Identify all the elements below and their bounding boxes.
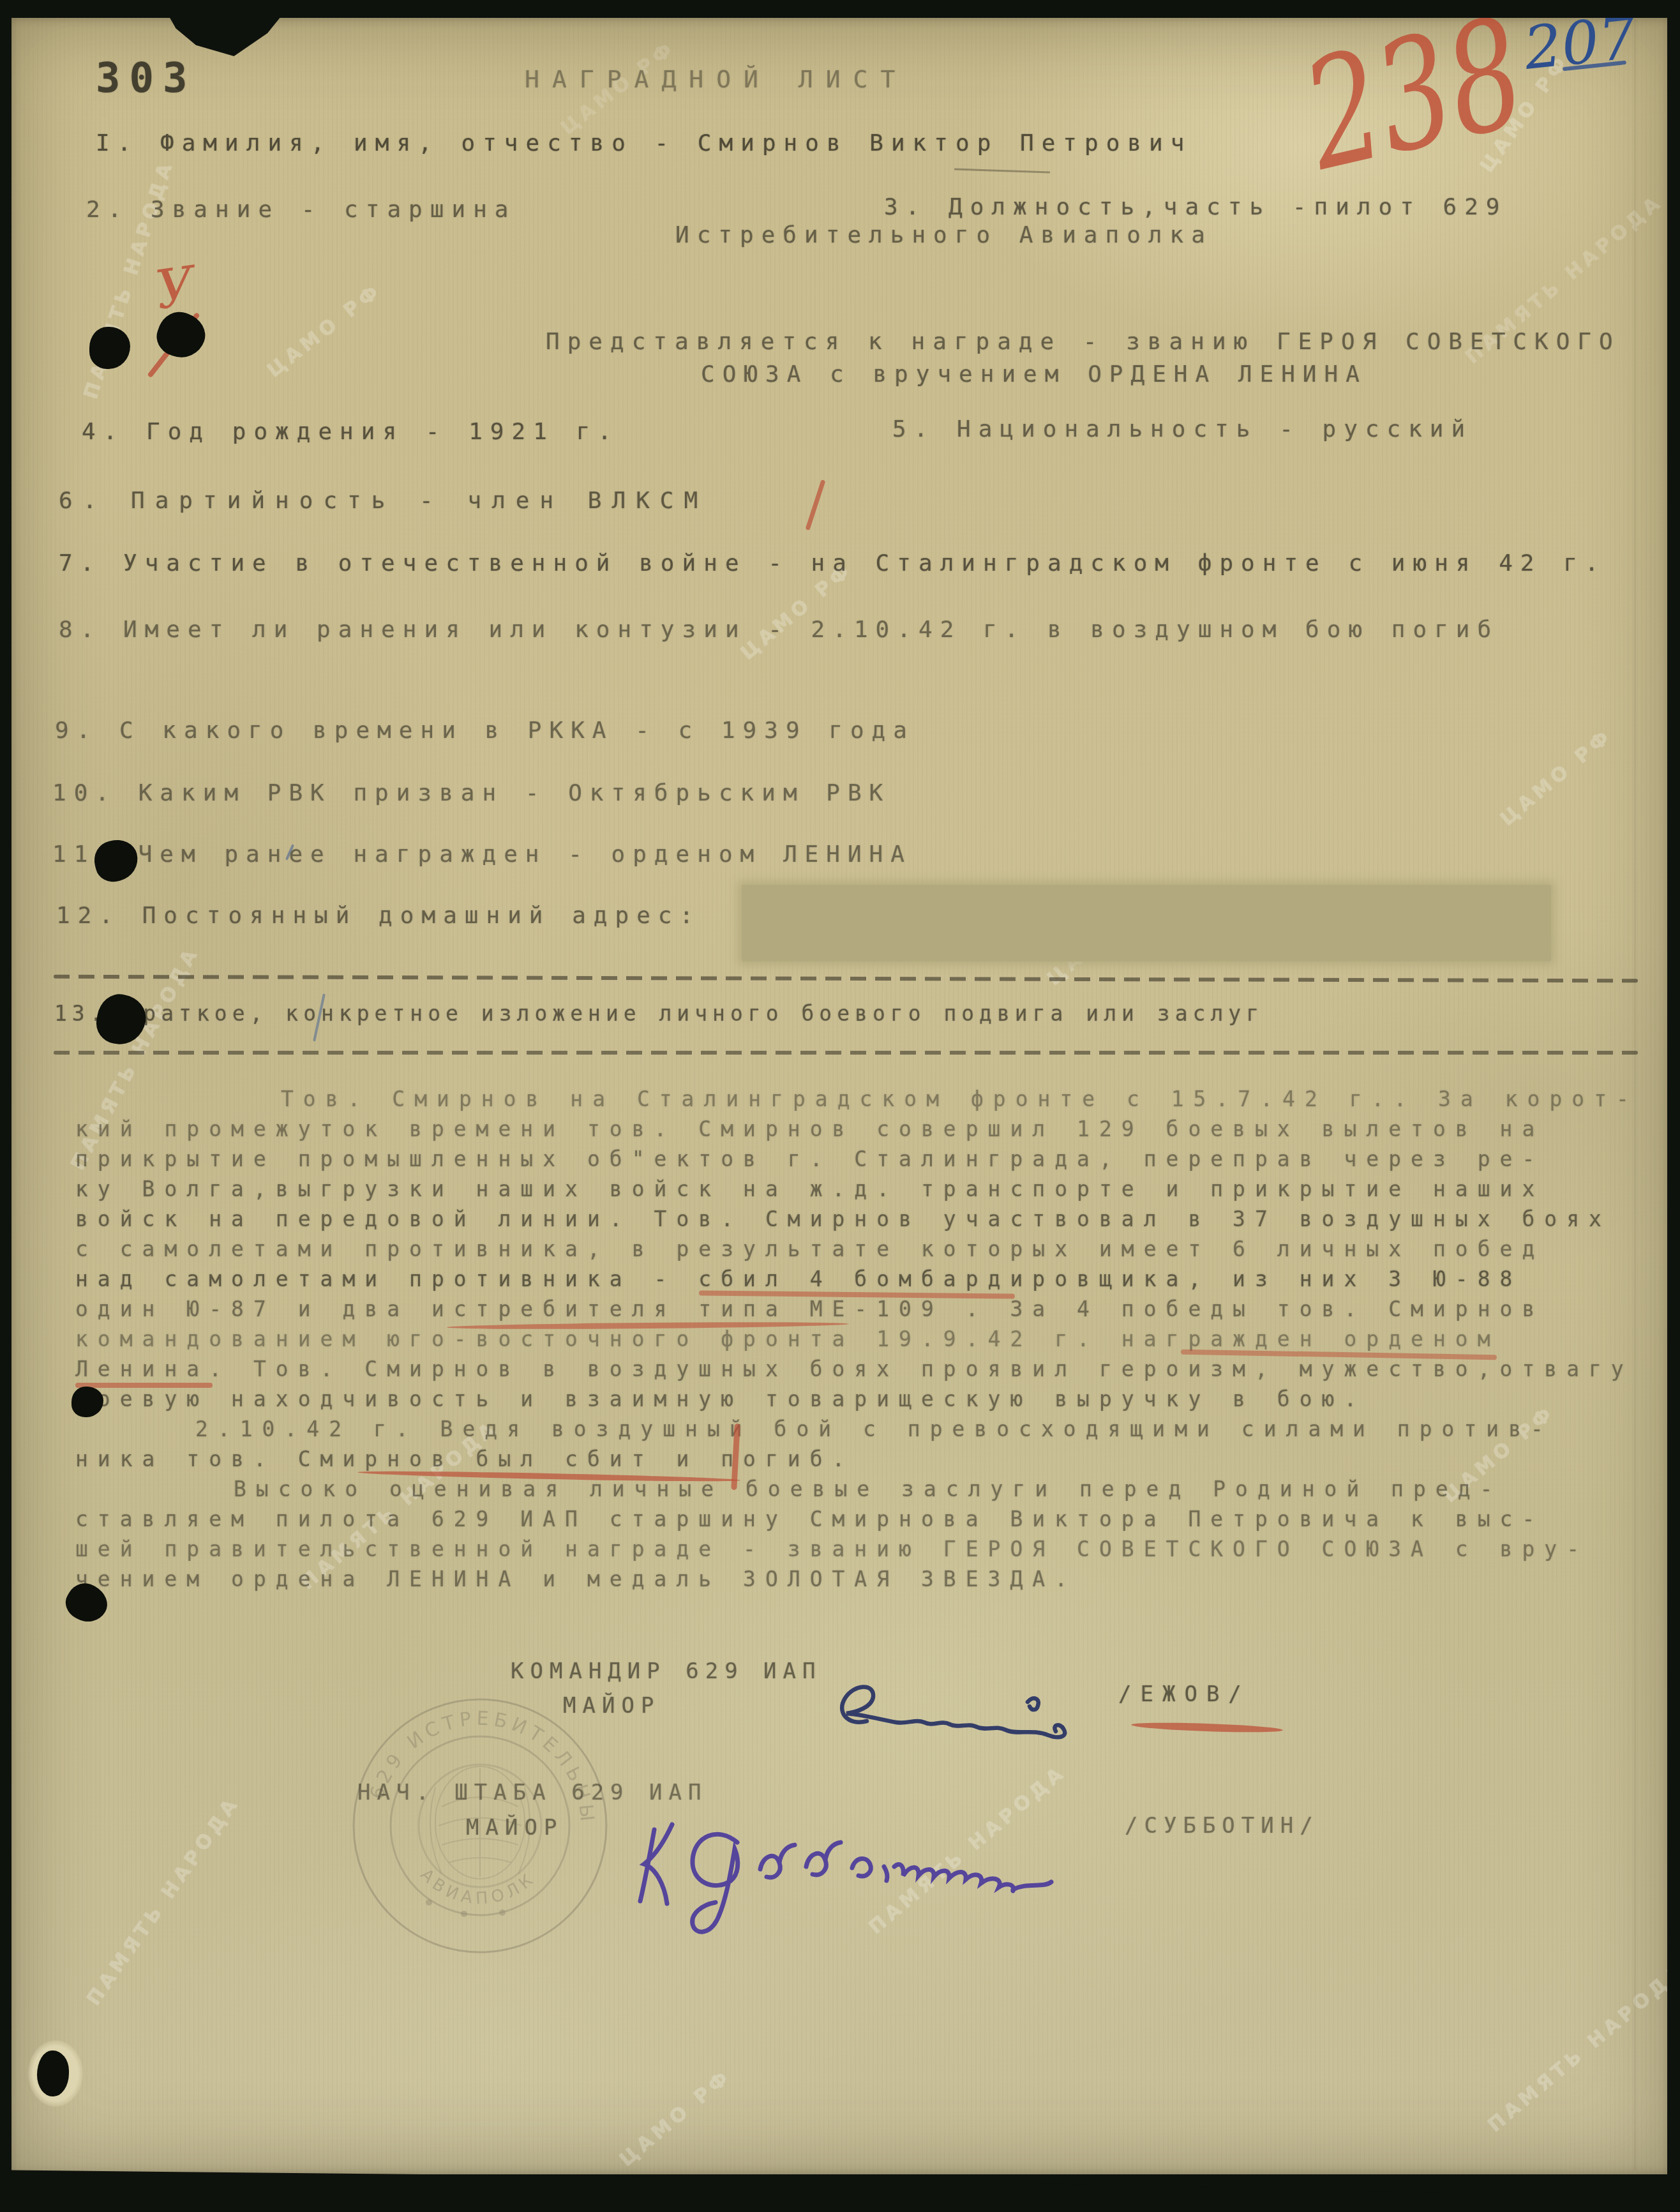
scan-border-left (0, 0, 11, 2212)
punch-hole (37, 2050, 69, 2096)
chief-name: /СУББОТИН/ (1125, 1813, 1319, 1839)
field-nationality: 5. Национальность - русский (892, 416, 1473, 442)
body-line: прикрытие промышленных об"ектов г. Стали… (75, 1147, 1544, 1171)
body-line: 2.10.42 г. Ведя воздушный бой с превосхо… (195, 1417, 1553, 1441)
body-line: над самолетами противника - сбил 4 бомба… (75, 1267, 1522, 1291)
body-line: Высоко оценивая личные боевые заслуги пе… (234, 1477, 1502, 1501)
field-deed-heading: 13. Краткое, конкретное изложение личног… (54, 1001, 1264, 1026)
commander-rank: МАЙОР (563, 1693, 660, 1719)
stamp-arc-top-text: 629 ИСТРЕБИТЕЛЬНЫЙ (346, 1692, 599, 1826)
document-scan-page: { "marks": { "archive_stamp": "303", "pa… (0, 0, 1680, 2212)
field-war-participation: 7. Участие в отечественной войне - на Ст… (59, 550, 1607, 576)
svg-text:629 ИСТРЕБИТЕЛЬНЫЙ: 629 ИСТРЕБИТЕЛЬНЫЙ (346, 1692, 599, 1826)
field-rvk: 10. Каким РВК призван - Октябрьским РВК (52, 780, 890, 806)
chief-rank: МАЙОР (466, 1815, 563, 1840)
presentation-line-2: СОЮЗА с вручением ОРДЕНА ЛЕНИНА (701, 361, 1367, 387)
body-line: шей правительственной награде - званию Г… (75, 1537, 1589, 1561)
archive-stamp-number: 303 (96, 55, 197, 102)
field-home-address: 12. Постоянный домашний адрес: (56, 903, 701, 929)
scan-border-right (1667, 0, 1680, 2212)
field-rank: 2. Звание - старшина (86, 197, 516, 223)
body-line: кий промежуток времени тов. Смирнов сове… (75, 1117, 1544, 1141)
field-rkka-since: 9. С какого времени в РККА - с 1939 года (55, 718, 915, 744)
scan-border-bottom (0, 2169, 1680, 2212)
body-line: Тов. Смирнов на Сталинградском фронте с … (281, 1087, 1639, 1111)
body-line: войск на передовой линии. Тов. Смирнов у… (75, 1207, 1611, 1231)
field-previous-awards: 11. Чем ранее награжден - орденом ЛЕНИНА (52, 841, 912, 868)
field-birth-year: 4. Год рождения - 1921 г. (82, 419, 619, 445)
red-underline (75, 1383, 213, 1388)
chief-signature (635, 1805, 1056, 1943)
presentation-line-1: Представляется к награде - званию ГЕРОЯ … (546, 329, 1621, 355)
field-name: I. Фамилия, имя, отчество - Смирнов Викт… (96, 130, 1192, 156)
body-line: боевую находчивость и взаимную товарищес… (75, 1387, 1366, 1411)
body-line: один Ю-87 и два истребителя типа МЕ-109 … (75, 1297, 1544, 1321)
red-check-mark: У (151, 254, 199, 321)
commander-name: /ЕЖОВ/ (1118, 1682, 1250, 1707)
field-position-cont: Истребительного Авиаполка (675, 222, 1213, 248)
body-line: чением ордена ЛЕНИНА и медаль ЗОЛОТАЯ ЗВ… (75, 1567, 1077, 1591)
body-line: с самолетами противника, в результате ко… (75, 1237, 1544, 1261)
body-line: ставляем пилота 629 ИАП старшину Смирнов… (75, 1507, 1544, 1531)
body-line: ку Волга,выгрузки наших войск на ж.д. тр… (75, 1177, 1544, 1201)
page-title: НАГРАДНОЙ ЛИСТ (525, 65, 908, 93)
paper-crease (1634, 19, 1636, 2171)
commander-title: КОМАНДИР 629 ИАП (511, 1659, 822, 1684)
body-line: командованием юго-восточного фронта 19.9… (75, 1327, 1500, 1351)
scan-border-top (0, 0, 1680, 18)
commander-signature (806, 1665, 1106, 1754)
address-redaction-patch (742, 885, 1551, 961)
field-party: 6. Партийность - член ВЛКСМ (59, 488, 708, 514)
chief-title: НАЧ. ШТАБА 629 ИАП (357, 1780, 707, 1805)
body-line: Ленина. Тов. Смирнов в воздушных боях пр… (75, 1357, 1633, 1381)
field-position: 3. Должность,часть -пилот 629 (884, 194, 1508, 220)
field-wounds: 8. Имеет ли ранения или контузии - 2.10.… (59, 617, 1499, 643)
dashed-separator (54, 1051, 1638, 1055)
